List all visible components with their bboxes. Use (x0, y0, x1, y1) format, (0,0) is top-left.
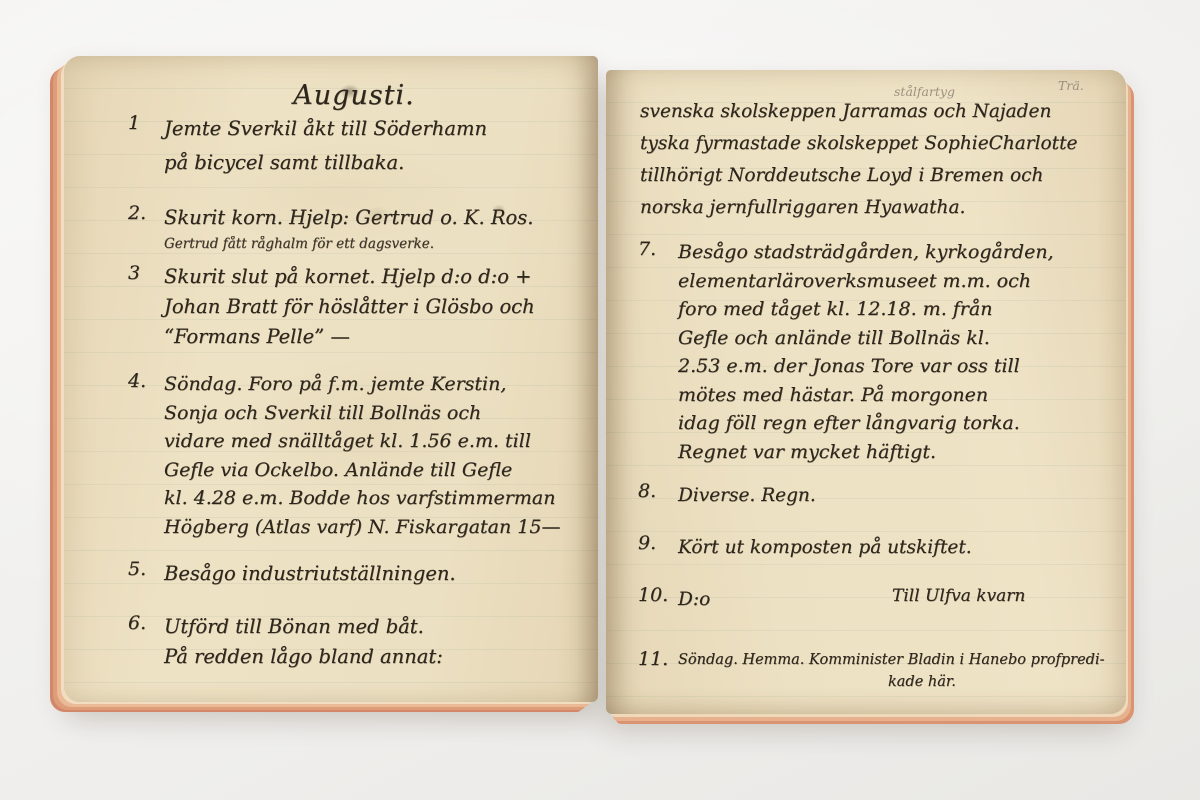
entry-number: 4. (128, 370, 162, 392)
right-page: stålfartyg Trä. svenska skolskeppen Jarr… (606, 70, 1126, 714)
diary-entry-2: 2. Skurit korn. Hjelp: Gertrud o. K. Ros… (64, 202, 598, 255)
diary-photo: Augusti. 1 Jemte Sverkil åkt till Söderh… (0, 0, 1200, 800)
entry-line: norska jernfullriggaren Hyawatha. (640, 192, 1077, 224)
entry-line: 2.53 e.m. der Jonas Tore var oss till (678, 352, 1126, 381)
entry-line: kl. 4.28 e.m. Bodde hos varfstimmerman (164, 484, 598, 513)
entry-number: 3 (128, 262, 162, 284)
entry-number: 2. (128, 202, 162, 224)
entry-line: Skurit korn. Hjelp: Gertrud o. K. Ros. (164, 202, 598, 233)
diary-entry-10: 10. D:o (606, 584, 1126, 615)
entry-line: Högberg (Atlas varf) N. Fiskargatan 15— (164, 513, 598, 542)
entry-line: idag föll regn efter långvarig torka. (678, 409, 1126, 438)
diary-entry-3: 3 Skurit slut på kornet. Hjelp d:o d:o +… (64, 262, 598, 352)
entry-line: Jemte Sverkil åkt till Söderhamn (164, 112, 598, 146)
pencil-annotation: Trä. (1058, 78, 1084, 93)
entry-line: Skurit slut på kornet. Hjelp d:o d:o + (164, 262, 598, 292)
entry-note: Gertrud fått råghalm för ett dagsverke. (164, 233, 598, 255)
entry-11-continuation: kade här. (888, 674, 956, 690)
entry-line: Söndag. Foro på f.m. jemte Kerstin, (164, 370, 598, 399)
entry-number: 8. (638, 480, 672, 502)
entry-line: Johan Bratt för höslåtter i Glösbo och (164, 292, 598, 322)
diary-entry-8: 8. Diverse. Regn. (606, 480, 1126, 511)
entry-number: 1 (128, 112, 162, 134)
entry-number: 7. (638, 238, 672, 260)
entry-line: tyska fyrmastade skolskeppet SophieCharl… (640, 128, 1077, 160)
entry-line: svenska skolskeppen Jarramas och Najaden (640, 96, 1077, 128)
entry-line: Regnet var mycket häftigt. (678, 438, 1126, 467)
entry-line: Söndag. Hemma. Komminister Bladin i Hane… (678, 648, 1126, 672)
entry-line: Diverse. Regn. (678, 480, 1126, 511)
entry-line: Utförd till Bönan med båt. (164, 612, 598, 642)
diary-entry-5: 5. Besågo industriutställningen. (64, 558, 598, 589)
diary-entry-9: 9. Kört ut komposten på utskiftet. (606, 532, 1126, 563)
entry-10-margin-note: Till Ulfva kvarn (892, 586, 1025, 606)
month-heading: Augusti. (214, 80, 494, 111)
entry-line: vidare med snälltåget kl. 1.56 e.m. till (164, 427, 598, 456)
diary-entry-6: 6. Utförd till Bönan med båt. På redden … (64, 612, 598, 672)
entry-line: elementarläroverksmuseet m.m. och (678, 267, 1126, 296)
entry-6-continuation: svenska skolskeppen Jarramas och Najaden… (640, 96, 1077, 224)
entry-number: 11. (638, 648, 672, 670)
diary-entry-1: 1 Jemte Sverkil åkt till Söderhamn på bi… (64, 112, 598, 180)
entry-line: På redden lågo bland annat: (164, 642, 598, 672)
entry-line: Gefle och anlände till Bollnäs kl. (678, 324, 1126, 353)
entry-line: Besågo industriutställningen. (164, 558, 598, 589)
diary-entry-4: 4. Söndag. Foro på f.m. jemte Kerstin, S… (64, 370, 598, 541)
entry-number: 6. (128, 612, 162, 634)
entry-line: på bicycel samt tillbaka. (164, 146, 598, 180)
entry-line: Kört ut komposten på utskiftet. (678, 532, 1126, 563)
left-page: Augusti. 1 Jemte Sverkil åkt till Söderh… (64, 56, 598, 702)
entry-line: Besågo stadsträdgården, kyrkogården, (678, 238, 1126, 267)
entry-number: 5. (128, 558, 162, 580)
entry-line: mötes med hästar. På morgonen (678, 381, 1126, 410)
entry-line: tillhörigt Norddeutsche Loyd i Bremen oc… (640, 160, 1077, 192)
diary-entry-7: 7. Besågo stadsträdgården, kyrkogården, … (606, 238, 1126, 466)
diary-entry-11: 11. Söndag. Hemma. Komminister Bladin i … (606, 648, 1126, 672)
entry-number: 9. (638, 532, 672, 554)
entry-line: “Formans Pelle” — (164, 322, 598, 352)
entry-line: foro med tåget kl. 12.18. m. från (678, 295, 1126, 324)
entry-line: Gefle via Ockelbo. Anlände till Gefle (164, 456, 598, 485)
notebook: Augusti. 1 Jemte Sverkil åkt till Söderh… (64, 56, 1126, 712)
entry-line: Sonja och Sverkil till Bollnäs och (164, 399, 598, 428)
entry-number: 10. (638, 584, 672, 606)
